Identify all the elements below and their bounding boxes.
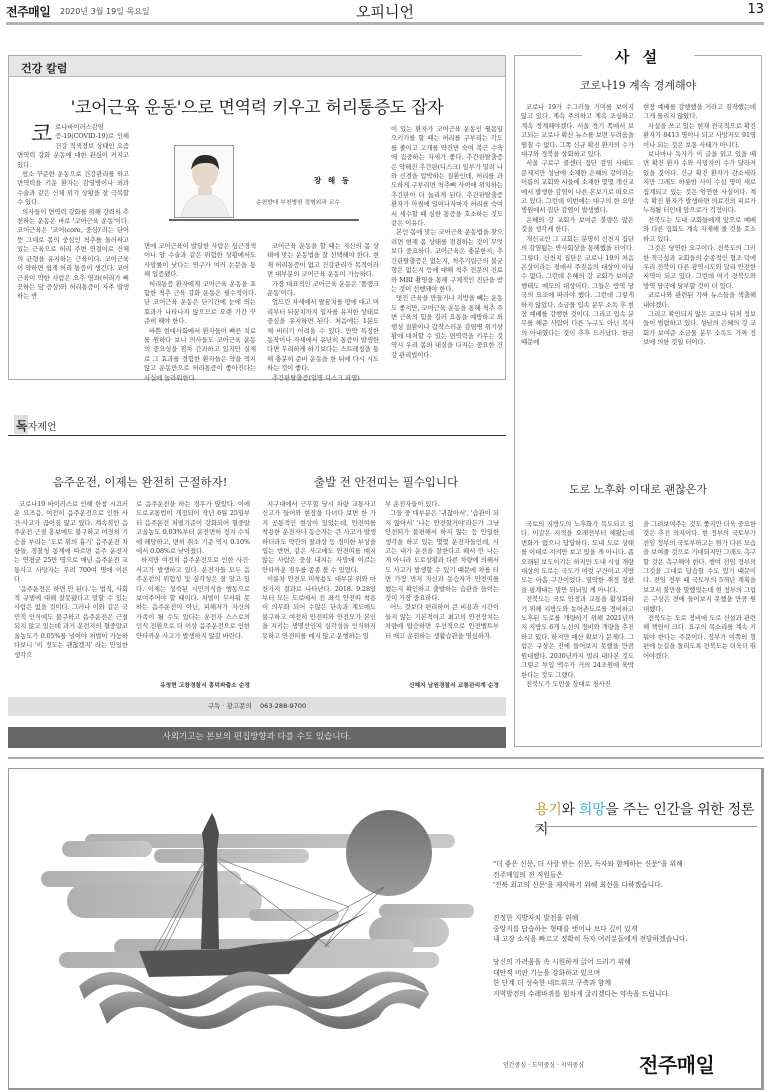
author-photo [174, 145, 234, 218]
ad-logo: 전주매일 [639, 1049, 714, 1078]
editorial-label: 사 설 [515, 46, 761, 67]
page-number: 13 [747, 2, 764, 17]
disclaimer-bar: 사외기고는 본보의 편집방향과 다를 수도 있습니다. [8, 727, 506, 748]
reader-1-column-2: 로 음주운전을 하는 경우가 많았다. 이에 도로교통법이 개정되어 작년 6월… [136, 500, 250, 668]
editorial-headline-2: 도로 노후화 이대로 괜찮은가 [515, 481, 761, 497]
reader-1-column-1: 코로나19 바이러스로 인해 한참 시끄러운 요즈음, 여전히 음주운전으로 인… [14, 500, 128, 680]
article-column-1: 코 로나바이러스감염증-19(COVID-19)로 인해 건강 적색경보 상태인… [17, 123, 129, 302]
dropcap: 코 [31, 125, 52, 145]
article-column-3: 코어근육 운동을 할 때는 자신의 몸 상태에 맞는 운동법을 잘 선택해야 한… [267, 242, 379, 383]
portrait-icon [175, 146, 234, 218]
section-label: 건강 칼럼 [21, 60, 67, 76]
editorial-1-column-1: 코로나 19가 수그러들 기미를 보이지 않고 있다. 계속 주의하고 계속 조… [521, 103, 634, 499]
reader-2-byline: 신혜지 남원경찰서 교통관리계 순경 [385, 680, 499, 689]
reader-column-header: 독자제언 [8, 414, 506, 436]
ad-paragraph-2: 진정한 지방자치 발전을 위해 중앙지를 답습하는 형태를 벗어나 보다 깊이 … [493, 913, 688, 945]
ad-headline: 용기와 희망을 주는 인간을 위한 정론지 [535, 799, 761, 839]
ship-illustration-icon [29, 789, 489, 1049]
section-title: 오피니언 [6, 1, 764, 22]
subscription-phone: 063-288-9700 [260, 702, 306, 710]
article-column-2: 면에 코어근육이 발달한 사람은 심근경색이나 암 수술과 같은 위험한 상황에… [144, 242, 256, 383]
subscription-label: 구독 · 광고문의 [208, 702, 252, 710]
editorial-2-column-1: 국토의 지방도의 노후화가 목도되고 있다. 이같은 지적을 오래전부터 해왔는… [521, 520, 634, 742]
editorial-1-column-2: 현장 예배를 강행했을 거라고 짐작했는데 그게 틀리지 않았다. 사설을 쓰고… [643, 103, 756, 499]
editorial-headline-1: 코로나19 계속 경계해야 [515, 77, 761, 93]
health-column-header: 건강 칼럼 [9, 55, 505, 77]
author-affiliation: 순천향대 부천병원 정형외과 교수 [256, 197, 340, 206]
reader-2-column-1: 지구대에서 근무할 당시 차량 교통사고 신고가 들어와 현장을 다녀다 보면 … [262, 500, 376, 680]
article-column-4: 이 있는 환자가 코어근육 운동인 윗몸일으키기를 할 때는 허리를 구부리는 … [391, 125, 503, 360]
subscription-bar: 구독 · 광고문의 063-288-9700 [8, 697, 506, 716]
newspaper-ad: 용기와 희망을 주는 인간을 위한 정론지 "더 좋은 신문, 더 사랑 받는 … [8, 768, 764, 1090]
ad-paragraph-3: 당신의 가려움을 속 시원하게 긁어 드리기 위해 대안적 비판 기능을 강화하… [493, 957, 670, 999]
ad-divider [535, 826, 757, 827]
ad-slogan: 인간중심 · 도덕중심 · 지역중심 [503, 1060, 584, 1069]
section-label: 독자제언 [16, 417, 57, 434]
masthead: 전주매일 2020년 3월 19일 목요일 오피니언 13 [6, 0, 764, 24]
reader-2-column-2: 부 운전자들이 있다. 그들 중 대부분은 '귀찮아서', '습관이 되지 않아… [385, 500, 499, 668]
article-headline: '코어근육 운동'으로 면역력 키우고 허리통증도 잡자 [9, 93, 505, 118]
health-column: 건강 칼럼 '코어근육 운동'으로 면역력 키우고 허리통증도 잡자 코 로나바… [8, 55, 506, 380]
author-name: 장 해 동 [314, 175, 351, 186]
reader-headline-1: 음주운전, 이제는 완전히 근절하자! [20, 474, 260, 490]
reader-1-byline: 유정현 고창경찰서 흥덕파출소 순경 [136, 680, 250, 689]
reader-headline-2: 출발 전 안전띠는 필수입니다 [266, 474, 506, 490]
ad-paragraph-1: "더 좋은 신문, 더 사랑 받는 신문, 독자와 함께하는 신문"을 위해 전… [493, 859, 683, 891]
page-divider [8, 757, 764, 759]
editorial-2-column-2: 을 그려보여주는 것도 좋지만 더욱 중요한 것은 추진 의지이다. 현 정부의… [643, 520, 756, 742]
editorial-box: 사 설 코로나19 계속 경계해야 코로나 19가 수그러들 기미를 보이지 않… [514, 55, 762, 747]
masthead-divider [6, 22, 764, 25]
photo-divider [169, 219, 359, 221]
